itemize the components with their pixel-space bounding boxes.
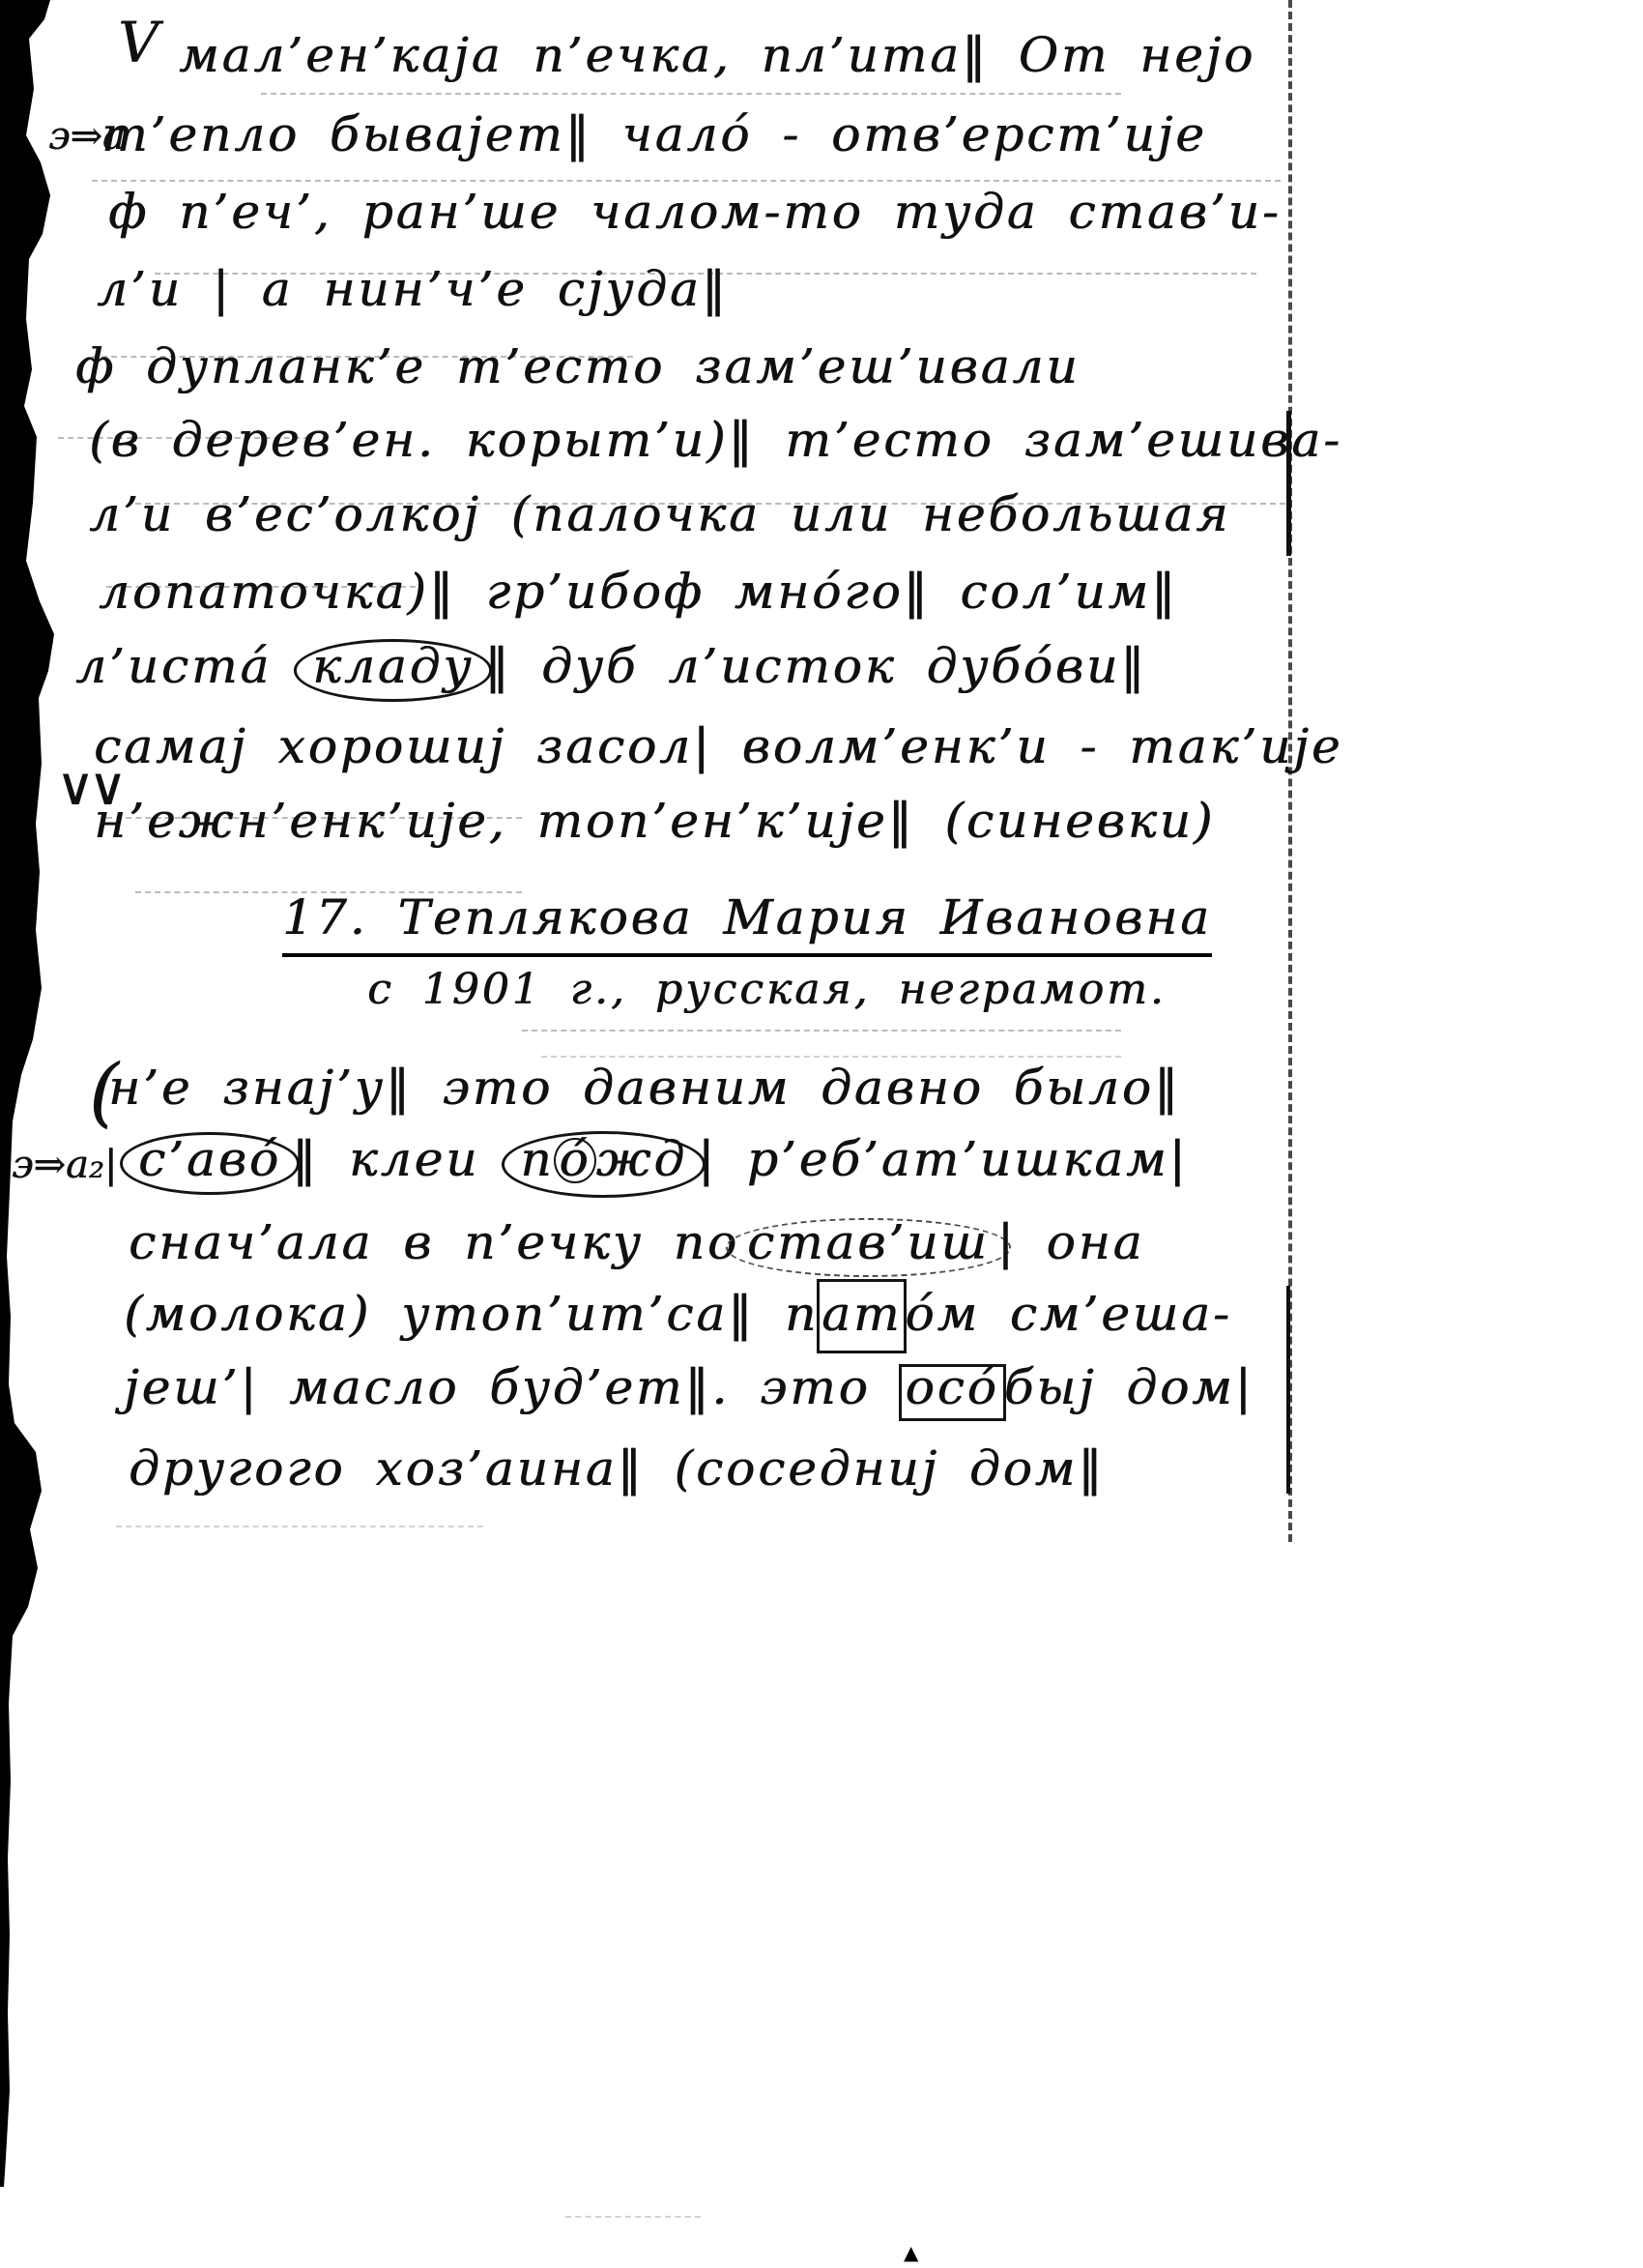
ruling-line xyxy=(261,93,1121,95)
line-text: (молока) утоп’ит’са‖ п xyxy=(124,1286,819,1342)
ruling-line xyxy=(541,1056,1121,1058)
ruling-line xyxy=(92,180,1281,182)
dotted-circled-word: став’иш xyxy=(726,1218,1011,1277)
ruling-line xyxy=(522,1030,1121,1032)
transcription-line: н’ежн’енк’ије, топ’ен’к’ије‖ (синевки) xyxy=(94,795,1215,848)
line-text: снач’ала в п’ечку по xyxy=(129,1214,739,1270)
margin-check-mark: V xyxy=(118,10,159,75)
informant-details: с 1901 г., русская, неграмот. xyxy=(367,967,1167,1013)
line-text: | она xyxy=(997,1214,1145,1270)
boxed-letters: ат xyxy=(817,1279,907,1353)
transcription-line: снач’ала в п’ечку постав’иш| она xyxy=(129,1216,1144,1269)
informant-name: Теплякова Мария Ивановна xyxy=(397,889,1211,945)
transcription-line: (молока) утоп’ит’са‖ пато́м см’еша- xyxy=(124,1288,1232,1341)
ruling-line xyxy=(565,2216,701,2218)
transcription-line: ф п’еч’, ран’ше чалом-то туда став’и- xyxy=(108,186,1282,239)
circled-word: с’аво́ xyxy=(120,1132,300,1195)
transcription-line: л’и в’ес’олкој (палочка или небольшая xyxy=(89,488,1230,541)
circled-word: по́жд xyxy=(502,1131,706,1198)
line-text: ‖ клеи xyxy=(292,1131,509,1187)
transcription-line: с’аво́‖ клеи по́жд| р’еб’ат’ишкам| xyxy=(128,1133,1188,1188)
transcription-line: мал’ен’каја п’ечка, пл’ита‖ От нејо xyxy=(179,29,1255,82)
informant-number: 17. xyxy=(282,889,368,945)
transcription-line: л’и | а нин’ч’е сјуда‖ xyxy=(97,263,729,316)
transcription-line: (в дерев’ен. корыт’и)‖ т’есто зам’ешива- xyxy=(89,414,1342,467)
transcription-line: јеш’| масло буд’ет‖. это осо́быј дом| xyxy=(124,1361,1254,1421)
line-text: јеш’| масло буд’ет‖. это xyxy=(124,1359,901,1415)
line-text: быј дом| xyxy=(1004,1359,1254,1415)
boxed-word: осо́ xyxy=(899,1364,1006,1421)
transcription-line: т’епло бывајет‖ чало́ - отв’ерст’ије xyxy=(101,108,1207,161)
transcription-line: самај хорошиј засол| волм’енк’и - так’иј… xyxy=(94,720,1342,773)
informant-heading-underline: 17. Теплякова Мария Ивановна xyxy=(282,889,1212,957)
informant-heading: 17. Теплякова Мария Ивановна xyxy=(282,891,1212,945)
transcription-line: лопаточка)‖ гр’ибоф мно́го‖ сол’им‖ xyxy=(99,566,1178,619)
margin-sound-note: э⇒а₂| xyxy=(12,1143,117,1187)
line-text: п xyxy=(520,1131,554,1187)
corner-triangle-mark: ▲ xyxy=(904,2241,918,2264)
circled-letter: о́ xyxy=(554,1138,595,1183)
transcription-line: л’иста́ кладу‖ дуб л’исток дубо́ви‖ xyxy=(75,640,1147,693)
circled-word: кладу xyxy=(294,639,492,702)
ruling-line xyxy=(116,1526,483,1527)
line-text: л’иста́ xyxy=(75,638,302,694)
line-text: жд xyxy=(596,1131,688,1187)
scanned-page: V э⇒а ∨∨ ( э⇒а₂| ▲ мал’ен’каја п’ечка, п… xyxy=(0,0,1643,2268)
line-text: о́м см’еша- xyxy=(905,1286,1231,1342)
line-text: | р’еб’ат’ишкам| xyxy=(698,1131,1188,1187)
transcription-line: н’е знај’у‖ это давним давно было‖ xyxy=(108,1061,1181,1115)
page-edge-solid-segment xyxy=(1286,1286,1290,1494)
transcription-line: другого хоз’аина‖ (соседниј дом‖ xyxy=(129,1442,1105,1496)
line-text: ‖ дуб л’исток дубо́ви‖ xyxy=(484,638,1147,694)
transcription-line: ф дупланк’е т’есто зам’еш’ивали xyxy=(75,340,1080,393)
